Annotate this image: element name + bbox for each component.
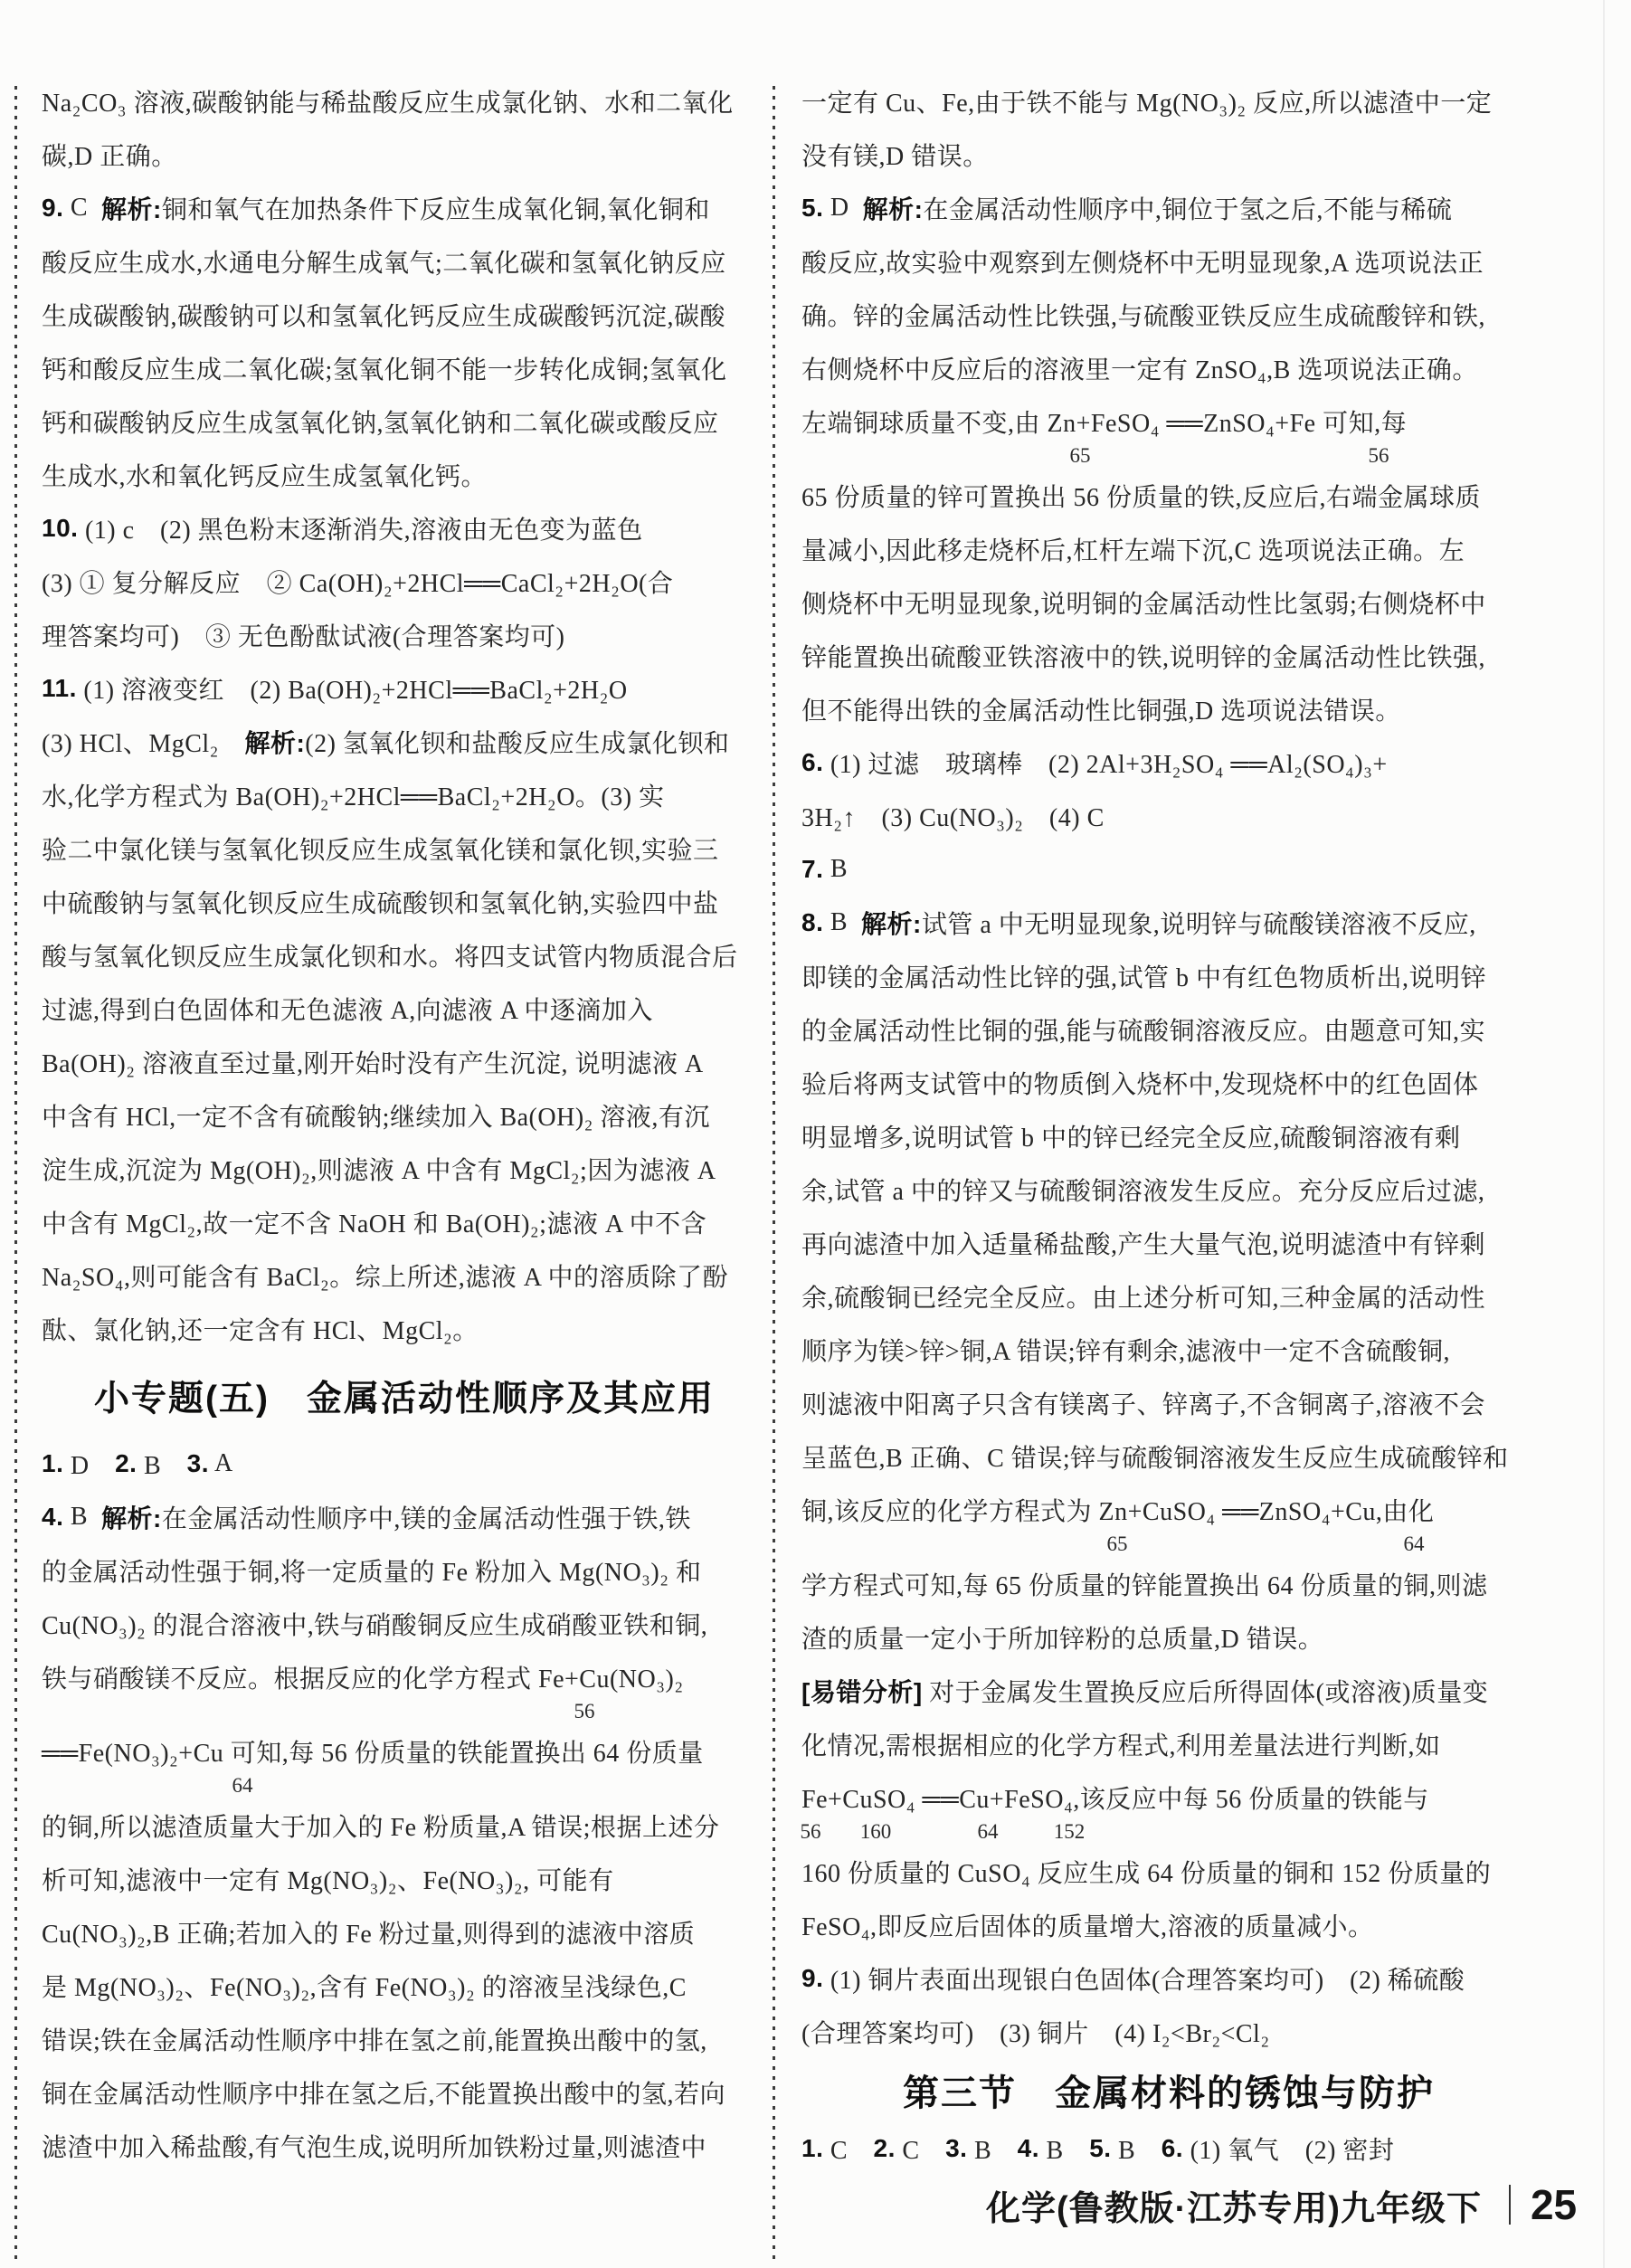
text-run: 一定有 Cu、Fe,由于铁不能与 Mg(NO₃)₂ 反应,所以滤渣中一定	[801, 83, 1492, 119]
text-line: 侧烧杯中无明显现象,说明铜的金属活动性比氢弱;右侧烧杯中	[801, 575, 1536, 629]
text-line: 水,化学方程式为 Ba(OH)₂+2HCl══BaCl₂+2H₂O。(3) 实	[42, 768, 767, 821]
page-edge-shadow	[1603, 0, 1605, 2268]
bold-label: 4.	[1018, 2134, 1039, 2163]
text-line: 1. C 2. C 3. B 4. B 5. B 6. (1) 氧气 (2) 密…	[801, 2121, 1536, 2175]
text-line: Ba(OH)₂ 溶液直至过量,刚开始时没有产生沉淀, 说明滤液 A	[42, 1035, 767, 1088]
bold-label: 7.	[801, 855, 823, 884]
text-line: (合理答案均可) (3) 铜片 (4) I₂<Br₂<Cl₂	[801, 2005, 1536, 2058]
text-run: 生成水,水和氧化钙反应生成氢氧化钙。	[42, 457, 487, 493]
text-run: 铜和氧气在加热条件下反应生成氧化铜,氧化铜和	[162, 190, 710, 226]
section-heading: 小专题(五) 金属活动性顺序及其应用	[42, 1355, 767, 1437]
text-run: B	[823, 908, 861, 937]
text-run: 化情况,需根据相应的化学方程式,利用差量法进行判断,如	[801, 1726, 1441, 1762]
section-heading: 第三节 金属材料的锈蚀与防护	[801, 2058, 1536, 2121]
text-line: 65 份质量的锌可置换出 56 份质量的铁,反应后,右端金属球质	[801, 469, 1536, 522]
text-run: 错误;铁在金属活动性顺序中排在氢之前,能置换出酸中的氢,	[42, 2021, 707, 2057]
text-run: 试管 a 中无明显现象,说明锌与硫酸镁溶液不反应,	[922, 905, 1476, 941]
text-run: B	[63, 1503, 101, 1532]
text-run: 酸与氢氧化钡反应生成氯化钡和水。将四支试管内物质混合后	[42, 937, 738, 973]
text-line: 碳,D 正确。	[42, 128, 767, 181]
text-run: 在金属活动性顺序中,镁的金属活动性强于铁,铁	[162, 1499, 691, 1535]
text-run: B	[1112, 2130, 1162, 2167]
bold-label: 4.	[42, 1503, 63, 1532]
text-line: 3H₂↑ (3) Cu(NO₃)₂ (4) C	[801, 789, 1536, 842]
text-line: 左端铜球质量不变,由 Zn+FeSO₄ ══ZnSO₄+Fe 可知,每	[801, 394, 1536, 448]
text-line: 一定有 Cu、Fe,由于铁不能与 Mg(NO₃)₂ 反应,所以滤渣中一定	[801, 74, 1536, 128]
mass-number: 64	[1404, 1533, 1425, 1556]
equation-mass-line: 5616064152	[801, 1824, 1536, 1845]
text-run: 验后将两支试管中的物质倒入烧杯中,发现烧杯中的红色固体	[801, 1065, 1479, 1101]
text-run: 余,试管 a 中的锌又与硫酸铜溶液发生反应。充分反应后过滤,	[801, 1172, 1484, 1208]
text-run: 3H₂↑ (3) Cu(NO₃)₂ (4) C	[801, 798, 1105, 834]
text-line: ══Fe(NO₃)₂+Cu 可知,每 56 份质量的铁能置换出 64 份质量	[42, 1724, 767, 1778]
text-run: 滤渣中加入稀盐酸,有气泡生成,说明所加铁粉过量,则滤渣中	[42, 2128, 706, 2164]
text-run: 理答案均可) ③ 无色酚酞试液(合理答案均可)	[42, 617, 564, 653]
text-line: 钙和酸反应生成二氧化碳;氢氧化铜不能一步转化成铜;氢氧化	[42, 341, 767, 394]
bold-label: 10.	[42, 514, 78, 543]
text-run: 侧烧杯中无明显现象,说明铜的金属活动性比氢弱;右侧烧杯中	[801, 584, 1486, 621]
text-run: 确。锌的金属活动性比铁强,与硫酸亚铁反应生成硫酸锌和铁,	[801, 297, 1485, 333]
text-run: 验二中氯化镁与氢氧化钡反应生成氢氧化镁和氯化钡,实验三	[42, 830, 719, 867]
text-line: Na₂SO₄,则可能含有 BaCl₂。综上所述,滤液 A 中的溶质除了酚	[42, 1248, 767, 1302]
text-line: Cu(NO₃)₂ 的混合溶液中,铁与硝酸铜反应生成硝酸亚铁和铜,	[42, 1597, 767, 1650]
text-line: 铜在金属活动性顺序中排在氢之后,不能置换出酸中的氢,若向	[42, 2065, 767, 2119]
text-run: 淀生成,沉淀为 Mg(OH)₂,则滤液 A 中含有 MgCl₂;因为滤液 A	[42, 1151, 716, 1187]
footer-divider-bar	[1509, 2185, 1511, 2225]
text-line: 5. D 解析:在金属活动性顺序中,铜位于氢之后,不能与稀硫	[801, 181, 1536, 234]
bold-label: 3.	[187, 1449, 209, 1478]
text-line: 铜,该反应的化学方程式为 Zn+CuSO₄ ══ZnSO₄+Cu,由化	[801, 1483, 1536, 1536]
text-run: 过滤,得到白色固体和无色滤液 A,向滤液 A 中逐滴加入	[42, 991, 653, 1027]
text-run: (1) 溶液变红 (2) Ba(OH)₂+2HCl══BaCl₂+2H₂O	[77, 670, 628, 707]
bold-label: 11.	[42, 674, 77, 703]
page-footer: 化学(鲁教版·江苏专用)九年级下 25	[986, 2178, 1577, 2231]
text-run: 的金属活动性比铜的强,能与硫酸铜溶液反应。由题意可知,实	[801, 1011, 1485, 1048]
text-line: 锌能置换出硫酸亚铁溶液中的铁,说明锌的金属活动性比铁强,	[801, 629, 1536, 682]
text-run: 右侧烧杯中反应后的溶液里一定有 ZnSO₄,B 选项说法正确。	[801, 350, 1478, 386]
text-run: D	[823, 194, 862, 223]
text-line: 生成水,水和氧化钙反应生成氢氧化钙。	[42, 448, 767, 501]
text-line: 过滤,得到白色固体和无色滤液 A,向滤液 A 中逐滴加入	[42, 982, 767, 1035]
text-line: 滤渣中加入稀盐酸,有气泡生成,说明所加铁粉过量,则滤渣中	[42, 2119, 767, 2172]
mass-number: 65	[1107, 1533, 1128, 1556]
text-run: Na₂SO₄,则可能含有 BaCl₂。综上所述,滤液 A 中的溶质除了酚	[42, 1257, 728, 1294]
text-line: 渣的质量一定小于所加锌粉的总质量,D 错误。	[801, 1610, 1536, 1664]
text-run: 没有镁,D 错误。	[801, 137, 989, 173]
text-run: 是 Mg(NO₃)₂、Fe(NO₃)₂,含有 Fe(NO₃)₂ 的溶液呈浅绿色,…	[42, 1968, 687, 2004]
text-run: B	[137, 1446, 186, 1482]
text-line: 生成碳酸钠,碳酸钠可以和氢氧化钙反应生成碳酸钙沉淀,碳酸	[42, 288, 767, 341]
text-line: 确。锌的金属活动性比铁强,与硫酸亚铁反应生成硫酸锌和铁,	[801, 288, 1536, 341]
text-line: 错误;铁在金属活动性顺序中排在氢之前,能置换出酸中的氢,	[42, 2012, 767, 2065]
text-line: 钙和碳酸钠反应生成氢氧化钠,氢氧化钠和二氧化碳或酸反应	[42, 394, 767, 448]
text-run: Fe+CuSO₄ ══Cu+FeSO₄,该反应中每 56 份质量的铁能与	[801, 1779, 1429, 1816]
text-run: FeSO₄,即反应后固体的质量增大,溶液的质量减小。	[801, 1907, 1374, 1943]
text-run: 铁与硝酸镁不反应。根据反应的化学方程式 Fe+Cu(NO₃)₂	[42, 1659, 684, 1695]
text-line: 1. D 2. B 3. A	[42, 1437, 767, 1490]
text-run: 但不能得出铁的金属活动性比铜强,D 选项说法错误。	[801, 691, 1401, 727]
text-line: (3) ① 复分解反应 ② Ca(OH)₂+2HCl══CaCl₂+2H₂O(合	[42, 555, 767, 608]
text-line: 的金属活动性比铜的强,能与硫酸铜溶液反应。由题意可知,实	[801, 1002, 1536, 1056]
text-run: A	[209, 1449, 233, 1478]
text-run: Na₂CO₃ 溶液,碳酸钠能与稀盐酸反应生成氯化钠、水和二氧化	[42, 83, 734, 119]
text-line: 淀生成,沉淀为 Mg(OH)₂,则滤液 A 中含有 MgCl₂;因为滤液 A	[42, 1142, 767, 1195]
text-run: B	[823, 855, 848, 884]
text-run: 钙和碳酸钠反应生成氢氧化钠,氢氧化钠和二氧化碳或酸反应	[42, 403, 719, 440]
text-run: D	[63, 1446, 115, 1482]
text-run: ══Fe(NO₃)₂+Cu 可知,每 56 份质量的铁能置换出 64 份质量	[42, 1733, 704, 1770]
left-column: Na₂CO₃ 溶液,碳酸钠能与稀盐酸反应生成氯化钠、水和二氧化碳,D 正确。9.…	[42, 74, 767, 2172]
text-run: 铜在金属活动性顺序中排在氢之后,不能置换出酸中的氢,若向	[42, 2074, 725, 2111]
bold-label: 2.	[874, 2134, 896, 2163]
bold-label: 8.	[801, 908, 823, 937]
text-line: 验二中氯化镁与氢氧化钡反应生成氢氧化镁和氯化钡,实验三	[42, 821, 767, 875]
text-run: (2) 氢氧化钡和盐酸反应生成氯化钡和	[305, 724, 729, 760]
column-divider-dotted	[773, 86, 775, 2262]
text-line: (3) HCl、MgCl₂ 解析:(2) 氢氧化钡和盐酸反应生成氯化钡和	[42, 715, 767, 768]
text-line: 理答案均可) ③ 无色酚酞试液(合理答案均可)	[42, 608, 767, 661]
text-run: 量减小,因此移走烧杯后,杠杆左端下沉,C 选项说法正确。左	[801, 531, 1465, 567]
text-run: 则滤液中阳离子只含有镁离子、锌离子,不含铜离子,溶液不会	[801, 1385, 1485, 1421]
text-line: 4. B 解析:在金属活动性顺序中,镁的金属活动性强于铁,铁	[42, 1490, 767, 1543]
text-line: 明显增多,说明试管 b 中的锌已经完全反应,硫酸铜溶液有剩	[801, 1109, 1536, 1162]
mass-number: 65	[1070, 444, 1091, 468]
text-line: 酸反应,故实验中观察到左侧烧杯中无明显现象,A 选项说法正	[801, 234, 1536, 288]
text-line: 中含有 HCl,一定不含有硫酸钠;继续加入 Ba(OH)₂ 溶液,有沉	[42, 1088, 767, 1142]
bold-label: 3.	[945, 2134, 967, 2163]
text-line: 化情况,需根据相应的化学方程式,利用差量法进行判断,如	[801, 1717, 1536, 1770]
equation-mass-line: 64	[42, 1778, 767, 1798]
text-run: Cu(NO₃)₂ 的混合溶液中,铁与硝酸铜反应生成硝酸亚铁和铜,	[42, 1606, 707, 1642]
text-run: 碳,D 正确。	[42, 137, 177, 173]
text-line: 中硫酸钠与氢氧化钡反应生成硫酸钡和氢氧化钠,实验四中盐	[42, 875, 767, 928]
text-line: 学方程式可知,每 65 份质量的锌能置换出 64 份质量的铜,则滤	[801, 1557, 1536, 1610]
bold-label: 5.	[801, 194, 823, 223]
text-run: 锌能置换出硫酸亚铁溶液中的铁,说明锌的金属活动性比铁强,	[801, 638, 1485, 674]
text-line: 9. (1) 铜片表面出现银白色固体(合理答案均可) (2) 稀硫酸	[801, 1951, 1536, 2005]
text-line: Cu(NO₃)₂,B 正确;若加入的 Fe 粉过量,则得到的滤液中溶质	[42, 1905, 767, 1959]
text-line: 10. (1) c (2) 黑色粉末逐渐消失,溶液由无色变为蓝色	[42, 501, 767, 555]
mass-number: 64	[978, 1820, 999, 1844]
text-line: 7. B	[801, 842, 1536, 896]
bold-label: 9.	[42, 194, 63, 223]
bold-label: 解析:	[861, 905, 922, 941]
text-run: 渣的质量一定小于所加锌粉的总质量,D 错误。	[801, 1619, 1323, 1656]
text-run: 即镁的金属活动性比锌的强,试管 b 中有红色物质析出,说明锌	[801, 958, 1486, 994]
text-line: 8. B 解析:试管 a 中无明显现象,说明锌与硫酸镁溶液不反应,	[801, 896, 1536, 949]
text-run: 对于金属发生置换反应后所得固体(或溶液)质量变	[923, 1673, 1489, 1709]
bold-label: 2.	[115, 1449, 137, 1478]
right-column: 一定有 Cu、Fe,由于铁不能与 Mg(NO₃)₂ 反应,所以滤渣中一定没有镁,…	[801, 74, 1536, 2175]
text-run: 学方程式可知,每 65 份质量的锌能置换出 64 份质量的铜,则滤	[801, 1566, 1488, 1602]
text-line: Fe+CuSO₄ ══Cu+FeSO₄,该反应中每 56 份质量的铁能与	[801, 1770, 1536, 1824]
text-run: 中含有 MgCl₂,故一定不含 NaOH 和 Ba(OH)₂;滤液 A 中不含	[42, 1204, 706, 1240]
text-run: (3) HCl、MgCl₂	[42, 724, 244, 760]
text-run: B	[967, 2130, 1017, 2167]
text-run: C	[896, 2130, 945, 2167]
mass-number: 64	[232, 1774, 253, 1798]
text-line: 余,试管 a 中的锌又与硫酸铜溶液发生反应。充分反应后过滤,	[801, 1162, 1536, 1216]
answer-book-page: Na₂CO₃ 溶液,碳酸钠能与稀盐酸反应生成氯化钠、水和二氧化碳,D 正确。9.…	[0, 0, 1631, 2268]
text-line: 铁与硝酸镁不反应。根据反应的化学方程式 Fe+Cu(NO₃)₂	[42, 1650, 767, 1703]
text-run: 160 份质量的 CuSO₄ 反应生成 64 份质量的铜和 152 份质量的	[801, 1854, 1491, 1890]
page-number: 25	[1531, 2180, 1577, 2229]
mass-number: 160	[860, 1820, 892, 1844]
text-run: (1) 铜片表面出现银白色固体(合理答案均可) (2) 稀硫酸	[823, 1960, 1465, 1997]
text-run: (1) c (2) 黑色粉末逐渐消失,溶液由无色变为蓝色	[78, 510, 642, 546]
mass-number: 56	[801, 1820, 821, 1844]
text-run: 析可知,滤液中一定有 Mg(NO₃)₂、Fe(NO₃)₂, 可能有	[42, 1861, 614, 1897]
mass-number: 152	[1054, 1820, 1086, 1844]
text-run: 余,硫酸铜已经完全反应。由上述分析可知,三种金属的活动性	[801, 1278, 1485, 1314]
text-line: 但不能得出铁的金属活动性比铜强,D 选项说法错误。	[801, 682, 1536, 735]
bold-label: 1.	[801, 2134, 823, 2163]
text-run: 酞、氯化钠,还一定含有 HCl、MgCl₂。	[42, 1311, 479, 1347]
text-run: 的铜,所以滤渣质量大于加入的 Fe 粉质量,A 错误;根据上述分	[42, 1808, 719, 1844]
text-run: Ba(OH)₂ 溶液直至过量,刚开始时没有产生沉淀, 说明滤液 A	[42, 1044, 704, 1080]
text-line: 酞、氯化钠,还一定含有 HCl、MgCl₂。	[42, 1302, 767, 1355]
text-run: 铜,该反应的化学方程式为 Zn+CuSO₄ ══ZnSO₄+Cu,由化	[801, 1492, 1434, 1528]
text-run: C	[63, 194, 101, 223]
text-line: 析可知,滤液中一定有 Mg(NO₃)₂、Fe(NO₃)₂, 可能有	[42, 1852, 767, 1905]
equation-mass-line: 56	[42, 1703, 767, 1724]
text-run: 再向滤渣中加入适量稀盐酸,产生大量气泡,说明滤渣中有锌剩	[801, 1225, 1485, 1261]
text-run: (合理答案均可) (3) 铜片 (4) I₂<Br₂<Cl₂	[801, 2014, 1270, 2050]
text-line: 的铜,所以滤渣质量大于加入的 Fe 粉质量,A 错误;根据上述分	[42, 1798, 767, 1852]
text-run: 生成碳酸钠,碳酸钠可以和氢氧化钙反应生成碳酸钙沉淀,碳酸	[42, 297, 725, 333]
bold-label: 9.	[801, 1964, 823, 1993]
text-line: 余,硫酸铜已经完全反应。由上述分析可知,三种金属的活动性	[801, 1269, 1536, 1323]
text-run: 中硫酸钠与氢氧化钡反应生成硫酸钡和氢氧化钠,实验四中盐	[42, 884, 719, 920]
text-run: 在金属活动性顺序中,铜位于氢之后,不能与稀硫	[923, 190, 1452, 226]
text-line: 则滤液中阳离子只含有镁离子、锌离子,不含铜离子,溶液不会	[801, 1376, 1536, 1429]
text-line: 酸反应生成水,水通电分解生成氧气;二氧化碳和氢氧化钠反应	[42, 234, 767, 288]
text-run: C	[823, 2130, 873, 2167]
bold-label: 5.	[1089, 2134, 1111, 2163]
text-line: 的金属活动性强于铜,将一定质量的 Fe 粉加入 Mg(NO₃)₂ 和	[42, 1543, 767, 1597]
text-run: 左端铜球质量不变,由 Zn+FeSO₄ ══ZnSO₄+Fe 可知,每	[801, 403, 1407, 440]
left-dotted-border	[14, 86, 17, 2262]
bold-label: [易错分析]	[801, 1673, 923, 1709]
text-run: (1) 氧气 (2) 密封	[1183, 2130, 1394, 2167]
text-line: 6. (1) 过滤 玻璃棒 (2) 2Al+3H₂SO₄ ══Al₂(SO₄)₃…	[801, 735, 1536, 789]
text-line: 顺序为镁>锌>铜,A 错误;锌有剩余,滤液中一定不含硫酸铜,	[801, 1323, 1536, 1376]
text-run: (1) 过滤 玻璃棒 (2) 2Al+3H₂SO₄ ══Al₂(SO₄)₃+	[823, 745, 1387, 781]
text-line: Na₂CO₃ 溶液,碳酸钠能与稀盐酸反应生成氯化钠、水和二氧化	[42, 74, 767, 128]
text-run: 的金属活动性强于铜,将一定质量的 Fe 粉加入 Mg(NO₃)₂ 和	[42, 1552, 702, 1589]
text-run: 酸反应,故实验中观察到左侧烧杯中无明显现象,A 选项说法正	[801, 243, 1484, 280]
bold-label: 解析:	[244, 724, 305, 760]
text-line: 呈蓝色,B 正确、C 错误;锌与硫酸铜溶液发生反应生成硫酸锌和	[801, 1429, 1536, 1483]
text-run: 顺序为镁>锌>铜,A 错误;锌有剩余,滤液中一定不含硫酸铜,	[801, 1332, 1450, 1368]
text-run: 酸反应生成水,水通电分解生成氧气;二氧化碳和氢氧化钠反应	[42, 243, 726, 280]
text-run: 水,化学方程式为 Ba(OH)₂+2HCl══BaCl₂+2H₂O。(3) 实	[42, 777, 665, 813]
mass-number: 56	[1369, 444, 1389, 468]
mass-number: 56	[574, 1700, 595, 1723]
text-line: 是 Mg(NO₃)₂、Fe(NO₃)₂,含有 Fe(NO₃)₂ 的溶液呈浅绿色,…	[42, 1959, 767, 2012]
text-run: B	[1039, 2130, 1089, 2167]
text-run: Cu(NO₃)₂,B 正确;若加入的 Fe 粉过量,则得到的滤液中溶质	[42, 1914, 695, 1950]
text-line: 量减小,因此移走烧杯后,杠杆左端下沉,C 选项说法正确。左	[801, 522, 1536, 575]
bold-label: 解析:	[101, 1499, 162, 1535]
text-line: 中含有 MgCl₂,故一定不含 NaOH 和 Ba(OH)₂;滤液 A 中不含	[42, 1195, 767, 1248]
bold-label: 解析:	[101, 190, 162, 226]
bold-label: 1.	[42, 1449, 63, 1478]
bold-label: 解析:	[863, 190, 924, 226]
text-line: 酸与氢氧化钡反应生成氯化钡和水。将四支试管内物质混合后	[42, 928, 767, 982]
text-line: 右侧烧杯中反应后的溶液里一定有 ZnSO₄,B 选项说法正确。	[801, 341, 1536, 394]
text-line: 再向滤渣中加入适量稀盐酸,产生大量气泡,说明滤渣中有锌剩	[801, 1216, 1536, 1269]
bold-label: 6.	[801, 748, 823, 777]
book-title: 化学(鲁教版·江苏专用)九年级下	[986, 2180, 1482, 2230]
text-line: 验后将两支试管中的物质倒入烧杯中,发现烧杯中的红色固体	[801, 1056, 1536, 1109]
text-line: FeSO₄,即反应后固体的质量增大,溶液的质量减小。	[801, 1898, 1536, 1951]
text-line: [易错分析] 对于金属发生置换反应后所得固体(或溶液)质量变	[801, 1664, 1536, 1717]
text-run: 明显增多,说明试管 b 中的锌已经完全反应,硫酸铜溶液有剩	[801, 1118, 1461, 1154]
text-line: 没有镁,D 错误。	[801, 128, 1536, 181]
bold-label: 6.	[1162, 2134, 1183, 2163]
text-line: 11. (1) 溶液变红 (2) Ba(OH)₂+2HCl══BaCl₂+2H₂…	[42, 661, 767, 715]
text-run: 中含有 HCl,一定不含有硫酸钠;继续加入 Ba(OH)₂ 溶液,有沉	[42, 1097, 710, 1134]
equation-mass-line: 6556	[801, 448, 1536, 469]
text-line: 9. C 解析:铜和氧气在加热条件下反应生成氧化铜,氧化铜和	[42, 181, 767, 234]
text-run: (3) ① 复分解反应 ② Ca(OH)₂+2HCl══CaCl₂+2H₂O(合	[42, 564, 673, 600]
text-run: 呈蓝色,B 正确、C 错误;锌与硫酸铜溶液发生反应生成硫酸锌和	[801, 1438, 1509, 1475]
text-line: 160 份质量的 CuSO₄ 反应生成 64 份质量的铜和 152 份质量的	[801, 1845, 1536, 1898]
text-run: 65 份质量的锌可置换出 56 份质量的铁,反应后,右端金属球质	[801, 478, 1481, 514]
text-run: 钙和酸反应生成二氧化碳;氢氧化铜不能一步转化成铜;氢氧化	[42, 350, 727, 386]
equation-mass-line: 6564	[801, 1536, 1536, 1557]
text-line: 即镁的金属活动性比锌的强,试管 b 中有红色物质析出,说明锌	[801, 949, 1536, 1002]
